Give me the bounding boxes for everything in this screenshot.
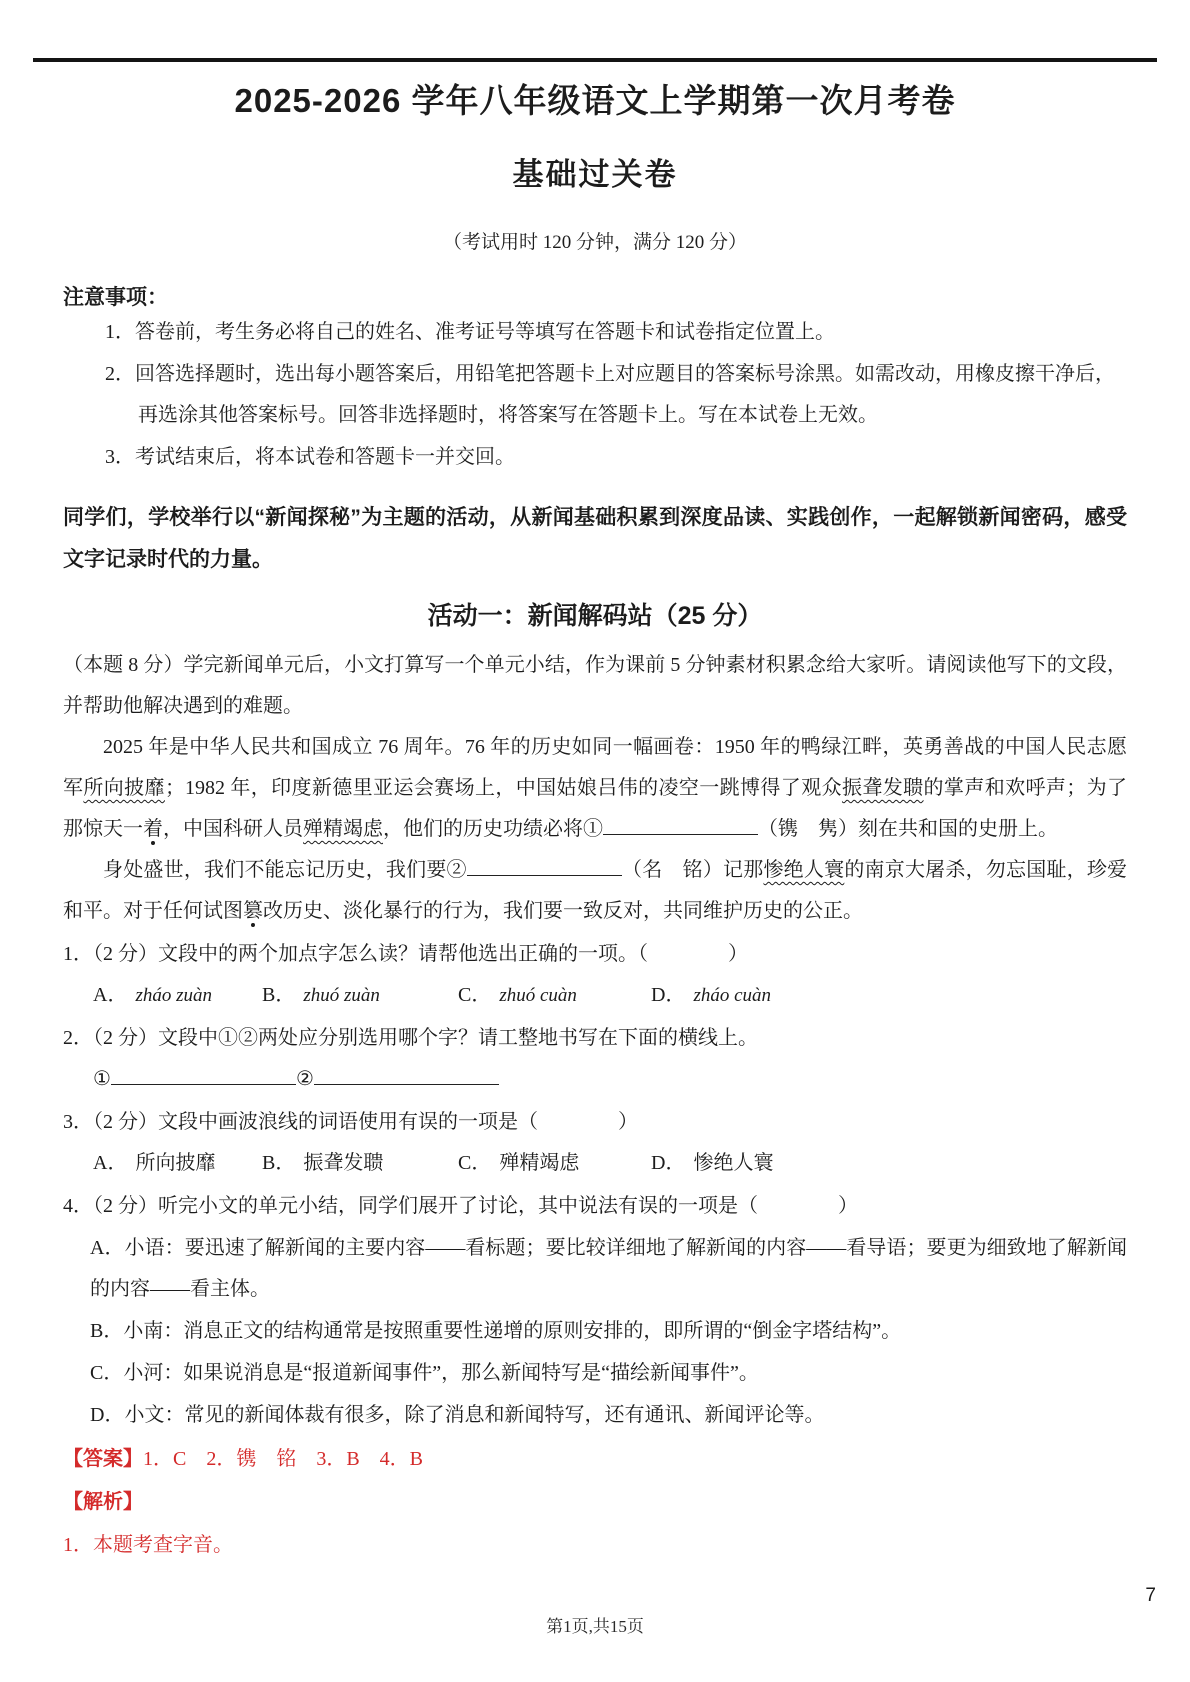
page-subtitle: 基础过关卷 bbox=[63, 149, 1127, 194]
option-b: B．zhuó zuàn bbox=[262, 975, 458, 1016]
option-text: 振聋发聩 bbox=[303, 1143, 383, 1184]
option-label: B． bbox=[262, 1143, 295, 1184]
task-intro: （本题 8 分）学完新闻单元后，小文打算写一个单元小结，作为课前 5 分钟素材积… bbox=[63, 645, 1127, 727]
question-2-stem: 2．（2 分）文段中①②两处应分别选用哪个字？请工整地书写在下面的横线上。 bbox=[63, 1018, 1127, 1059]
notice-item-2: 2．回答选择题时，选出每小题答案后，用铅笔把答题卡上对应题目的答案标号涂黑。如需… bbox=[138, 354, 1127, 436]
question-4-option-b: B．小南：消息正文的结构通常是按照重要性递增的原则安排的，即所谓的“倒金字塔结构… bbox=[90, 1311, 1127, 1352]
question-3-options: A．所向披靡 B．振聋发聩 C．殚精竭虑 D．惨绝人寰 bbox=[93, 1143, 1127, 1184]
header-rule bbox=[33, 58, 1157, 62]
passage-paragraph-2: 身处盛世，我们不能忘记历史，我们要②（名 铭）记那惨绝人寰的南京大屠杀，勿忘国耻… bbox=[63, 850, 1127, 932]
option-label: A． bbox=[93, 975, 127, 1016]
wavy-underlined-word: 殚精竭虑 bbox=[303, 818, 383, 840]
question-2-blanks: ①② bbox=[93, 1059, 1127, 1100]
option-label: D． bbox=[651, 975, 685, 1016]
page-title: 2025-2026 学年八年级语文上学期第一次月考卷 bbox=[63, 75, 1127, 122]
fill-in-blank-1 bbox=[603, 814, 758, 835]
question-3-stem: 3．（2 分）文段中画波浪线的词语使用有误的一项是（ ） bbox=[63, 1102, 1127, 1143]
option-c: C．zhuó cuàn bbox=[458, 975, 651, 1016]
analysis-heading: 【解析】 bbox=[63, 1482, 1127, 1523]
exam-duration-info: （考试用时 120 分钟，满分 120 分） bbox=[63, 227, 1127, 254]
notice-heading: 注意事项： bbox=[63, 281, 1127, 311]
question-1-options: A．zháo zuàn B．zhuó zuàn C．zhuó cuàn D．zh… bbox=[93, 975, 1127, 1016]
page-indicator: 第1页,共15页 bbox=[0, 1612, 1190, 1637]
question-4-option-a: A．小语：要迅速了解新闻的主要内容——看标题；要比较详细地了解新闻的内容——看导… bbox=[90, 1228, 1127, 1310]
option-b: B．振聋发聩 bbox=[262, 1143, 458, 1184]
option-text: 惨绝人寰 bbox=[693, 1143, 773, 1184]
answer-blank-2 bbox=[314, 1064, 499, 1085]
passage-text: 改历史、淡化暴行的行为，我们要一致反对，共同维护历史的公正。 bbox=[263, 900, 863, 922]
analysis-item-1: 1．本题考查字音。 bbox=[63, 1525, 1127, 1566]
wavy-underlined-word: 振聋发聩 bbox=[842, 777, 924, 799]
option-a: A．所向披靡 bbox=[93, 1143, 262, 1184]
passage-text: 身处盛世，我们不能忘记历史，我们要② bbox=[103, 859, 467, 881]
option-label: C． bbox=[458, 975, 491, 1016]
option-text: zhuó cuàn bbox=[499, 975, 577, 1016]
option-text: 殚精竭虑 bbox=[499, 1143, 579, 1184]
passage-text: （镌 隽）刻在共和国的史册上。 bbox=[758, 818, 1058, 840]
option-text: zháo zuàn bbox=[135, 975, 212, 1016]
passage-text: ，中国科研人员 bbox=[163, 818, 303, 840]
option-a: A．zháo zuàn bbox=[93, 975, 262, 1016]
question-4-stem: 4．（2 分）听完小文的单元小结，同学们展开了讨论，其中说法有误的一项是（ ） bbox=[63, 1186, 1127, 1227]
option-label: C． bbox=[458, 1143, 491, 1184]
activity-intro: 同学们，学校举行以“新闻探秘”为主题的活动，从新闻基础积累到深度品读、实践创作，… bbox=[63, 497, 1127, 581]
passage-text: ；1982 年，印度新德里亚运会赛场上，中国姑娘吕伟的凌空一跳博得了观众 bbox=[165, 777, 842, 799]
notice-item-3: 3．考试结束后，将本试卷和答题卡一并交回。 bbox=[138, 437, 1127, 478]
fill-in-blank-2 bbox=[467, 855, 622, 876]
option-label: D． bbox=[651, 1143, 685, 1184]
question-4-option-c: C．小河：如果说消息是“报道新闻事件”，那么新闻特写是“描绘新闻事件”。 bbox=[90, 1353, 1127, 1394]
answer-label: 【答案】 bbox=[63, 1448, 143, 1470]
option-text: zhuó zuàn bbox=[303, 975, 380, 1016]
dotted-character: 篡 bbox=[243, 900, 263, 922]
blank-2-label: ② bbox=[296, 1068, 314, 1090]
answer-values: 1．C 2．镌 铭 3．B 4．B bbox=[143, 1448, 423, 1470]
dotted-character: 着 bbox=[143, 818, 163, 840]
corner-page-number: 7 bbox=[1145, 1585, 1156, 1607]
option-d: D．惨绝人寰 bbox=[651, 1143, 773, 1184]
option-d: D．zháo cuàn bbox=[651, 975, 771, 1016]
option-label: A． bbox=[93, 1143, 127, 1184]
passage-paragraph-1: 2025 年是中华人民共和国成立 76 周年。76 年的历史如同一幅画卷：195… bbox=[63, 727, 1127, 850]
question-1-stem: 1．（2 分）文段中的两个加点字怎么读？请帮他选出正确的一项。（ ） bbox=[63, 934, 1127, 975]
wavy-underlined-word: 惨绝人寰 bbox=[763, 859, 844, 881]
exam-paper-page: 2025-2026 学年八年级语文上学期第一次月考卷 基础过关卷 （考试用时 1… bbox=[0, 0, 1190, 1682]
passage-text: ，他们的历史功绩必将① bbox=[383, 818, 603, 840]
answer-blank-1 bbox=[111, 1064, 296, 1085]
section-title: 活动一：新闻解码站（25 分） bbox=[63, 596, 1127, 632]
option-text: zháo cuàn bbox=[693, 975, 771, 1016]
blank-1-label: ① bbox=[93, 1068, 111, 1090]
answer-line: 【答案】1．C 2．镌 铭 3．B 4．B bbox=[63, 1439, 1127, 1480]
wavy-underlined-word: 所向披靡 bbox=[83, 777, 165, 799]
option-text: 所向披靡 bbox=[135, 1143, 215, 1184]
question-4-option-d: D．小文：常见的新闻体裁有很多，除了消息和新闻特写，还有通讯、新闻评论等。 bbox=[90, 1395, 1127, 1436]
option-c: C．殚精竭虑 bbox=[458, 1143, 651, 1184]
option-label: B． bbox=[262, 975, 295, 1016]
notice-item-1: 1．答卷前，考生务必将自己的姓名、准考证号等填写在答题卡和试卷指定位置上。 bbox=[138, 312, 1127, 353]
passage-text: （名 铭）记那 bbox=[622, 859, 764, 881]
